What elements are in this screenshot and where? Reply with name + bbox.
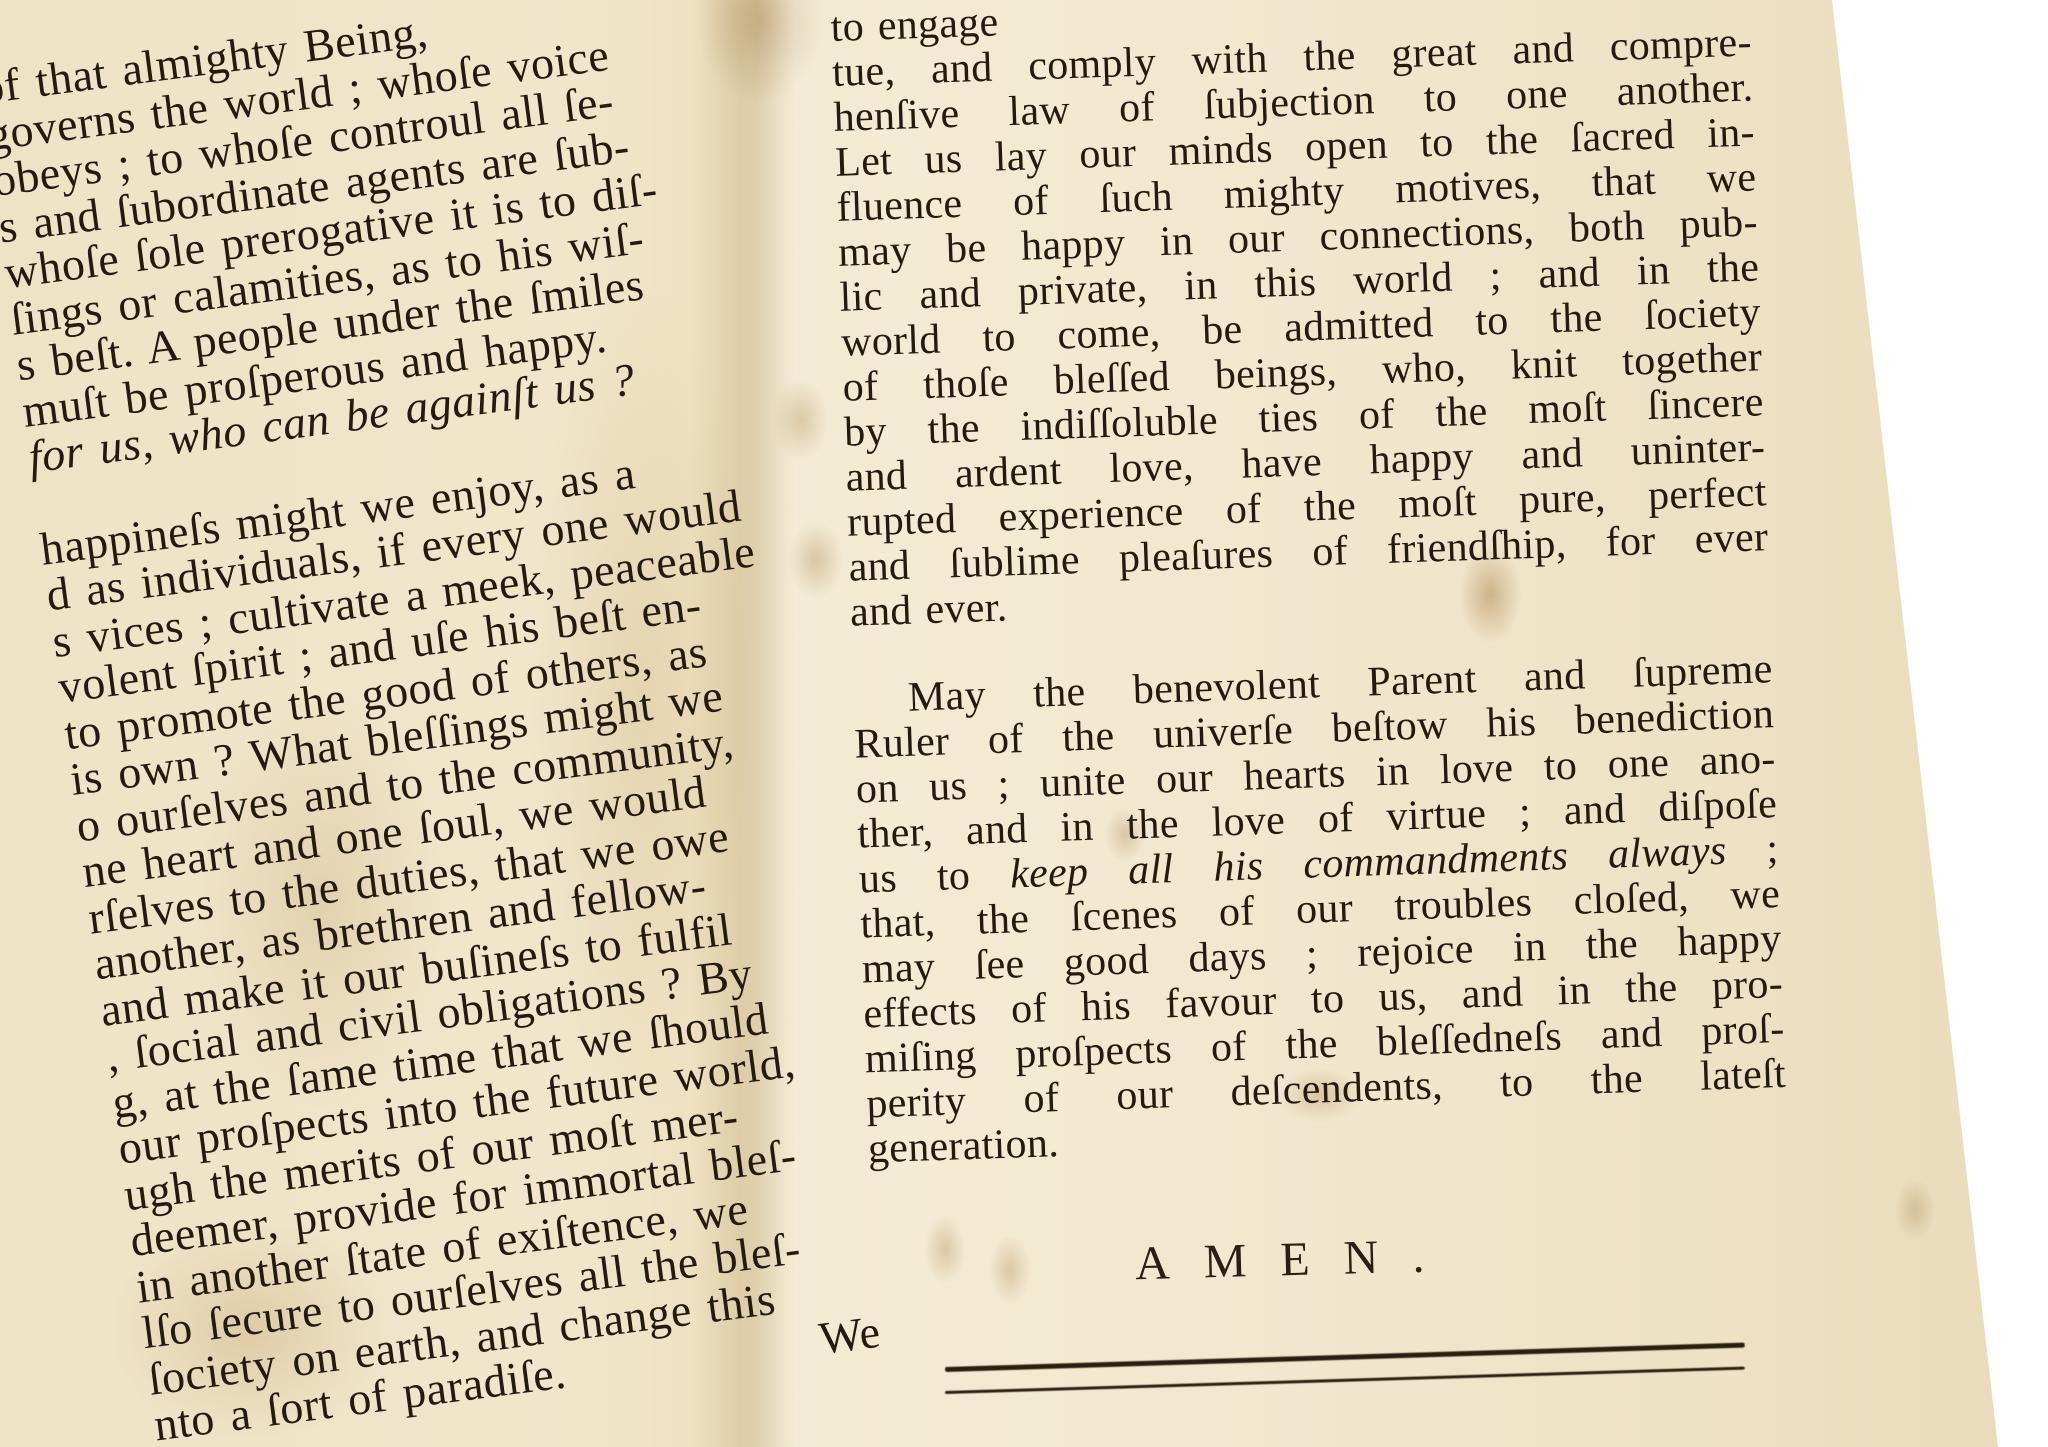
catchword: We — [816, 1309, 883, 1363]
closing-amen: AMEN. — [1134, 1228, 1459, 1291]
text-fragment: ; — [1726, 826, 1779, 874]
right-page-text: to engage tue, and comply with the great… — [830, 0, 1788, 1172]
text-fragment: us to — [858, 852, 1011, 903]
book-photo: of that almighty Being, governs the worl… — [0, 0, 2048, 1447]
